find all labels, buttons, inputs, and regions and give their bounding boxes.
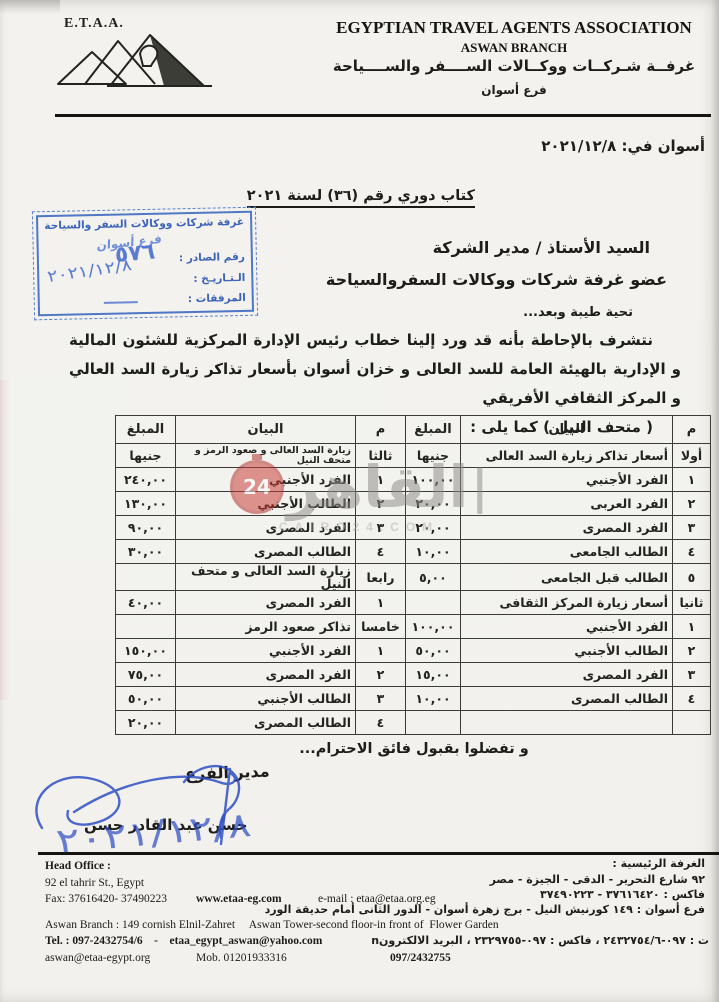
table-cell: ٥٠,٠٠ (116, 687, 176, 711)
aswan-branch-mobile: Mob. 01201933316 (196, 952, 287, 964)
table-cell: رابعا (356, 564, 406, 591)
head-office-label-ar: الغرفة الرئيسية : (612, 857, 705, 870)
aswan-branch-fax-number: 097/2432755 (390, 952, 451, 964)
price-table-body: أولاأسعار تذاكر زيارة السد العالىجنيهاثا… (116, 444, 711, 735)
aswan-branch-tel-en: Tel. : 097-2432754/6 - etaa_egypt_aswan@… (45, 935, 322, 947)
pyramids-sphinx-logo-icon (52, 28, 237, 110)
table-cell: ٣ (673, 516, 711, 540)
org-title-ar: غرفــة شـركــات ووكــالات الســــفر والس… (318, 57, 710, 75)
table-row: ١الفرد الأجنبي١٠٠,٠٠خامساتذاكر صعود الرم… (116, 615, 711, 639)
addressee-line-1: السيد الأستاذ / مدير الشركة (433, 238, 650, 257)
table-cell: ١٠,٠٠ (406, 687, 461, 711)
table-cell (461, 711, 673, 735)
table-cell: الفرد الأجنبي (176, 468, 356, 492)
table-cell: ٢ (356, 492, 406, 516)
registry-stamp-frame: غرفة شركات ووكالات السفر والسياحة فرع أس… (36, 211, 254, 317)
letter-subject: كتاب دوري رقم (٣٦) لسنة ٢٠٢١ (247, 188, 475, 208)
stamp-attachments-label: المرفقات : (188, 292, 246, 305)
table-cell: ٤ (673, 687, 711, 711)
table-cell: ٥ (673, 564, 711, 591)
stamp-attachments-dash (104, 301, 138, 304)
table-cell: ١ (356, 591, 406, 615)
col-header-no: م (673, 416, 711, 444)
table-cell: ٢ (673, 492, 711, 516)
table-header-row: م البيان المبلغ م البيان المبلغ (116, 416, 711, 444)
registry-stamp: غرفة شركات ووكالات السفر والسياحة فرع أس… (32, 207, 258, 321)
table-cell: ٤ (356, 711, 406, 735)
letter-date: أسوان في: ٢٠٢١/١٢/٨ (541, 137, 705, 155)
table-cell: ٢٤٠,٠٠ (116, 468, 176, 492)
table-cell: ٣ (673, 663, 711, 687)
aswan-branch-tel-ar: ت : ‪٠٩٧-٢٤٣٢٧٥٤/٦‬ ، فاكس : ‪٠٩٧-٢٣٢٩٧٥… (371, 934, 709, 947)
table-cell: ثانيا (673, 591, 711, 615)
table-cell: ٥٠,٠٠ (406, 639, 461, 663)
table-row: ٣الفرد المصرى٢٠,٠٠٣الفرد المصرى٩٠,٠٠ (116, 516, 711, 540)
col-header-desc: البيان (461, 416, 673, 444)
table-cell: ٥,٠٠ (406, 564, 461, 591)
table-cell: ١٠,٠٠ (406, 540, 461, 564)
branch-title-ar: فرع أسوان (318, 83, 710, 97)
table-cell: جنيها (116, 444, 176, 468)
table-cell: ثالثا (356, 444, 406, 468)
table-cell: ١ (356, 468, 406, 492)
table-cell: زيارة السد العالى و متحف النيل (176, 564, 356, 591)
table-cell (406, 711, 461, 735)
table-row: ١الفرد الأجنبي١٠٠,٠٠١الفرد الأجنبي٢٤٠,٠٠ (116, 468, 711, 492)
table-cell: ٢ (356, 663, 406, 687)
head-office-fax-ar: فاكس : ٣٧٦١٦٤٢٠ - ٣٧٤٩٠٢٢٣ (540, 888, 705, 901)
table-cell: ١ (356, 639, 406, 663)
table-row: ٤الطالب المصرى١٠,٠٠٣الطالب الأجنبي٥٠,٠٠ (116, 687, 711, 711)
table-cell: ٣٠,٠٠ (116, 540, 176, 564)
stamp-number-label: رقم الصادر : (179, 251, 245, 264)
table-cell: ١٥,٠٠ (406, 663, 461, 687)
addressee-line-2: عضو غرفة شركات ووكالات السفروالسياحة (326, 270, 667, 289)
stamp-date-label: الـتـاريـخ : (193, 272, 245, 285)
header-divider (55, 114, 711, 117)
table-cell: الفرد المصرى (461, 663, 673, 687)
aswan-branch-email: aswan@etaa-egypt.org (45, 952, 150, 964)
table-row: ٣الفرد المصرى١٥,٠٠٢الفرد المصرى٧٥,٠٠ (116, 663, 711, 687)
table-cell: الطالب الأجنبي (176, 492, 356, 516)
table-cell: ٢ (673, 639, 711, 663)
table-cell: ١٠٠,٠٠ (406, 615, 461, 639)
table-cell: ٣ (356, 516, 406, 540)
salutation: تحية طيبة وبعد... (523, 305, 633, 320)
table-cell: ٢٠,٠٠ (406, 492, 461, 516)
table-cell: ٢٠,٠٠ (116, 711, 176, 735)
col-header-no: م (356, 416, 406, 444)
head-office-fax: Fax: 37616420- 37490223 (45, 893, 167, 905)
table-row: ٤الطالب المصرى٢٠,٠٠ (116, 711, 711, 735)
stamp-org-line: غرفة شركات ووكالات السفر والسياحة (38, 213, 250, 232)
table-cell: خامسا (356, 615, 406, 639)
table-cell: ٤٠,٠٠ (116, 591, 176, 615)
head-office-address-ar: ٩٢ شارع التحرير - الدقى - الجيزة - مصر (490, 873, 705, 886)
table-cell: الفرد الأجنبي (176, 639, 356, 663)
table-cell: الطالب المصرى (176, 540, 356, 564)
table-cell: تذاكر صعود الرمز (176, 615, 356, 639)
table-cell: ٤ (356, 540, 406, 564)
stamp-date-value: ٢٠٢١/١٢/٨ (46, 255, 133, 286)
table-cell: الطالب المصرى (461, 687, 673, 711)
table-cell: ٣ (356, 687, 406, 711)
branch-title-en: ASWAN BRANCH (318, 40, 710, 56)
table-cell: ١٥٠,٠٠ (116, 639, 176, 663)
table-cell (116, 564, 176, 591)
table-cell: الفرد الأجنبي (461, 468, 673, 492)
col-header-desc: البيان (176, 416, 356, 444)
table-cell: الفرد المصرى (176, 591, 356, 615)
scan-smudge (0, 380, 10, 700)
table-cell: ٩٠,٠٠ (116, 516, 176, 540)
table-cell: جنيها (406, 444, 461, 468)
table-cell: ١ (673, 468, 711, 492)
table-row: ٢الفرد العربى٢٠,٠٠٢الطالب الأجنبي١٣٠,٠٠ (116, 492, 711, 516)
table-cell: الطالب المصرى (176, 711, 356, 735)
table-cell: ٤ (673, 540, 711, 564)
table-row: ثانياأسعار زيارة المركز الثقافى١الفرد ال… (116, 591, 711, 615)
table-cell: ١٣٠,٠٠ (116, 492, 176, 516)
price-table: م البيان المبلغ م البيان المبلغ أولاأسعا… (115, 415, 711, 735)
table-row: أولاأسعار تذاكر زيارة السد العالىجنيهاثا… (116, 444, 711, 468)
table-row: ٢الطالب الأجنبي٥٠,٠٠١الفرد الأجنبي١٥٠,٠٠ (116, 639, 711, 663)
table-cell: الفرد المصرى (461, 516, 673, 540)
table-cell: أسعار تذاكر زيارة السد العالى (461, 444, 673, 468)
scan-smudge (0, 0, 60, 14)
table-cell (673, 711, 711, 735)
table-cell: الطالب الجامعى (461, 540, 673, 564)
table-row: ٥الطالب قبل الجامعى٥,٠٠رابعازيارة السد ا… (116, 564, 711, 591)
letter-body-main: نتشرف بالإحاطة بأنه قد ورد إلينا خطاب رئ… (69, 331, 681, 407)
table-cell: أسعار زيارة المركز الثقافى (461, 591, 673, 615)
table-cell: الفرد المصرى (176, 663, 356, 687)
table-row: ٤الطالب الجامعى١٠,٠٠٤الطالب المصرى٣٠,٠٠ (116, 540, 711, 564)
table-cell (406, 591, 461, 615)
table-cell: ٧٥,٠٠ (116, 663, 176, 687)
table-cell: ٢٠,٠٠ (406, 516, 461, 540)
col-header-amount: المبلغ (406, 416, 461, 444)
scanned-letter-page: E.T.A.A. EGYPTIAN TRAVEL AGENTS ASSOCIAT… (0, 0, 719, 1002)
table-cell: الطالب الأجنبي (461, 639, 673, 663)
price-table-wrap: م البيان المبلغ م البيان المبلغ أولاأسعا… (115, 415, 711, 735)
table-cell: ١ (673, 615, 711, 639)
table-cell: الطالب الأجنبي (176, 687, 356, 711)
aswan-branch-address-en: Aswan Branch : 149 cornish Elnil-Zahret … (45, 919, 499, 931)
table-cell: ١٠٠,٠٠ (406, 468, 461, 492)
org-title-en: EGYPTIAN TRAVEL AGENTS ASSOCIATION (318, 18, 710, 38)
col-header-amount: المبلغ (116, 416, 176, 444)
table-cell (116, 615, 176, 639)
head-office-address: 92 el tahrir St., Egypt (45, 877, 144, 889)
table-cell: الفرد العربى (461, 492, 673, 516)
table-cell: الفرد المصرى (176, 516, 356, 540)
table-cell: الفرد الأجنبي (461, 615, 673, 639)
table-cell: زيارة السد العالى و صعود الرمز و متحف ال… (176, 444, 356, 468)
aswan-branch-address-ar: فرع أسوان : ١٤٩ كورنيش النيل - برج زهرة … (265, 903, 705, 916)
table-cell: الطالب قبل الجامعى (461, 564, 673, 591)
table-cell: أولا (673, 444, 711, 468)
